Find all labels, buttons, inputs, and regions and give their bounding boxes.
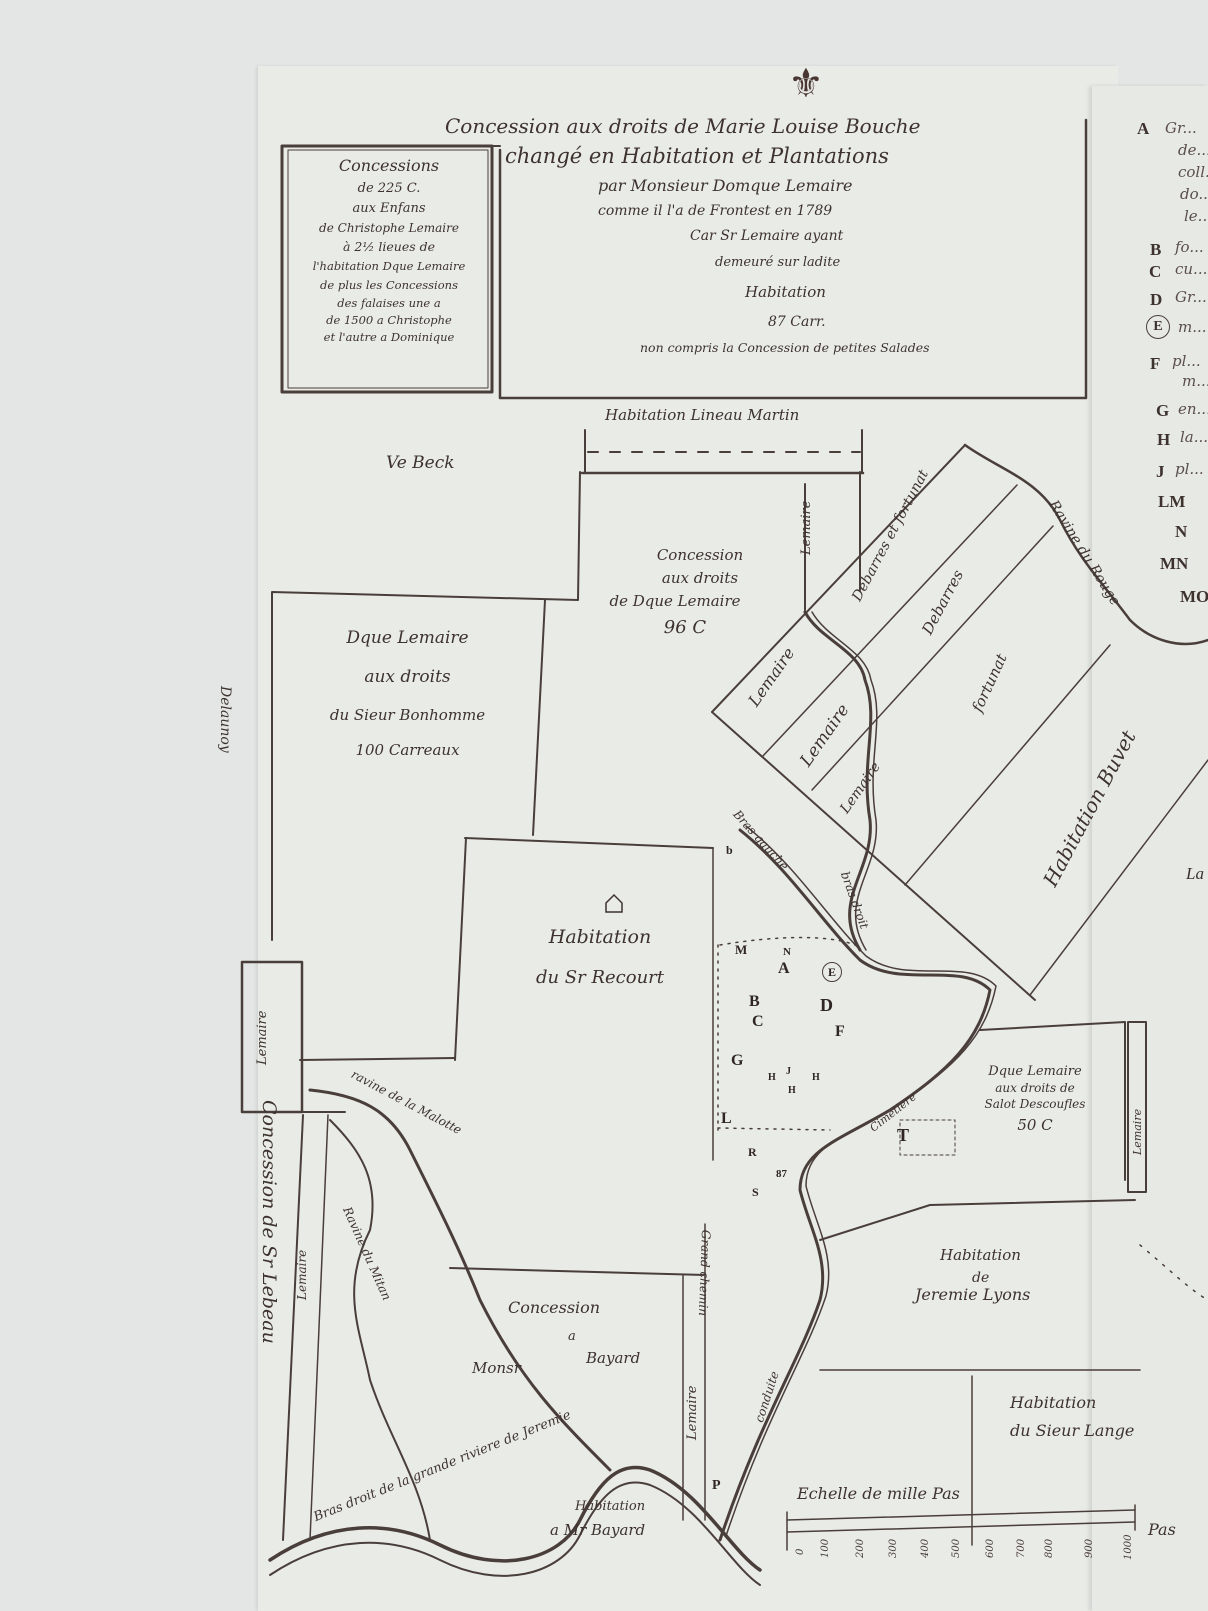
legend-key: F	[1150, 354, 1160, 374]
label-lemaire-vertical: Lemaire	[686, 1386, 699, 1440]
label-concession-droits: Concession aux droits de Dque Lemaire 96…	[600, 548, 800, 637]
bonhomme-line: aux droits	[285, 669, 530, 686]
lyons-line: de	[972, 1271, 1090, 1285]
concession-droits-area: 96 C	[570, 619, 800, 637]
legend-text: en...	[1178, 400, 1208, 418]
legend-text: coll...	[1178, 163, 1208, 181]
label-veuve-beck: Ve Beck	[386, 455, 455, 472]
legend-text: do...	[1180, 185, 1208, 203]
inset-concessions-box: Concessions de 225 C. aux Enfans de Chri…	[290, 158, 488, 343]
label-habitation-lineau-martin: Habitation Lineau Martin	[605, 408, 799, 423]
bayard-line: Concession	[508, 1300, 700, 1316]
marker-h3: H	[788, 1085, 796, 1096]
label-concession-bayard: Concession a Monsr Bayard	[460, 1300, 700, 1376]
scale-tick: 300	[888, 1539, 899, 1558]
label-grand-chemin: Grand chemin	[697, 1230, 712, 1317]
scale-tick: 900	[1084, 1539, 1095, 1558]
title-line-6: demeuré sur ladite	[715, 256, 840, 269]
label-concession-lebeau: Concession de Sr Lebeau	[259, 1100, 278, 1344]
legend-text: cu...	[1175, 260, 1207, 278]
marker-a: A	[778, 960, 790, 978]
lange-line: Habitation	[1010, 1395, 1134, 1411]
inset-line: et l'autre a Dominique	[290, 332, 488, 344]
inset-line: de 1500 a Christophe	[290, 315, 488, 327]
inset-line: de 225 C.	[290, 182, 488, 195]
inset-line: aux Enfans	[290, 202, 488, 215]
bonhomme-line: du Sieur Bonhomme	[285, 708, 530, 723]
marker-e-circled: E	[822, 962, 842, 982]
title-line-4: comme il l'a de Frontest en 1789	[598, 204, 832, 218]
scale-tick: 400	[920, 1539, 931, 1558]
title-line-1: Concession aux droits de Marie Louise Bo…	[445, 116, 921, 136]
inset-line: des falaises une a	[290, 298, 488, 310]
hab-bayard-line: Habitation	[575, 1500, 645, 1513]
scale-tick: 800	[1044, 1539, 1055, 1558]
marker-m: M	[735, 942, 747, 958]
legend-key-circled: E	[1146, 315, 1170, 339]
marker-f: F	[835, 1023, 845, 1041]
lange-line: du Sieur Lange	[1010, 1423, 1134, 1439]
legend-key: J	[1156, 462, 1165, 482]
title-line-3: par Monsieur Domque Lemaire	[598, 178, 852, 194]
marker-g: G	[731, 1052, 743, 1070]
bonhomme-line: Dque Lemaire	[285, 630, 530, 647]
bayard-line: Bayard	[586, 1351, 640, 1366]
inset-line: l'habitation Dque Lemaire	[290, 261, 488, 273]
marker-j: J	[786, 1066, 791, 1077]
bayard-line: a	[568, 1330, 700, 1343]
marker-h2: H	[812, 1072, 820, 1083]
legend-text: la...	[1180, 428, 1208, 446]
marker-p: P	[712, 1478, 721, 1494]
marker-d: D	[820, 995, 833, 1016]
recourt-line: Habitation	[500, 928, 700, 947]
hab-bayard-line: a Mr Bayard	[550, 1523, 645, 1538]
legend-key: MO	[1180, 587, 1208, 607]
lemaire-50-line: Salot Descoufles	[960, 1098, 1110, 1110]
legend-key: N	[1175, 522, 1187, 542]
title-line-7: Habitation	[745, 285, 826, 300]
legend-text: de...	[1178, 141, 1208, 159]
marker-c: C	[752, 1013, 764, 1031]
house-icon	[606, 895, 622, 912]
label-habitation-bayard: Habitation a Mr Bayard	[575, 1500, 645, 1538]
recourt-line: du Sr Recourt	[500, 969, 700, 987]
legend-key: MN	[1160, 554, 1188, 574]
scale-tick: 700	[1016, 1539, 1027, 1558]
legend-key: La	[1186, 864, 1204, 884]
bonhomme-area: 100 Carreaux	[285, 743, 530, 758]
marker-h: H	[768, 1072, 776, 1083]
label-lemaire-strip: Lemaire	[800, 501, 813, 555]
inset-line: à 2½ lieues de	[290, 241, 488, 254]
concession-droits-line: de Dque Lemaire	[550, 594, 800, 609]
marker-b: b	[726, 843, 733, 858]
label-delaunoy: Delaunoy	[218, 686, 232, 753]
marker-s: S	[752, 1185, 759, 1200]
inset-line: de Christophe Lemaire	[290, 222, 488, 234]
scale-tick: 600	[985, 1539, 996, 1558]
concession-droits-line: aux droits	[600, 571, 800, 586]
lyons-line: Habitation	[940, 1248, 1090, 1263]
legend-key: B	[1150, 240, 1161, 260]
legend-key: H	[1157, 430, 1170, 450]
legend-text: m...	[1178, 318, 1207, 336]
scale-tick: 0	[795, 1549, 806, 1555]
title-line-8-area: 87 Carr.	[768, 315, 826, 329]
title-line-5: Car Sr Lemaire ayant	[690, 229, 843, 243]
label-dque-lemaire-50: Dque Lemaire aux droits de Salot Descouf…	[960, 1065, 1110, 1133]
legend-text: Gr...	[1175, 288, 1207, 306]
scale-tick: 200	[855, 1539, 866, 1558]
fleur-de-lis-icon: ⚜	[788, 64, 824, 104]
legend-text: pl...	[1175, 460, 1204, 478]
label-dque-lemaire-bonhomme: Dque Lemaire aux droits du Sieur Bonhomm…	[285, 630, 530, 758]
label-lemaire-small-box: Lemaire	[256, 1011, 269, 1065]
inset-line: Concessions	[290, 158, 488, 174]
label-habitation-lyons: Habitation de Jeremie Lyons	[930, 1248, 1090, 1303]
label-lemaire-side: Lemaire	[1132, 1109, 1143, 1155]
legend-key: LM	[1158, 492, 1185, 512]
marker-r: R	[748, 1145, 757, 1160]
marker-87: 87	[776, 1168, 787, 1180]
legend-text: Gr...	[1165, 119, 1197, 137]
scale-bar-label: Echelle de mille Pas	[797, 1486, 960, 1502]
lemaire-50-line: aux droits de	[960, 1082, 1110, 1094]
legend-text: m...	[1182, 372, 1208, 390]
label-lemaire-left: Lemaire	[296, 1250, 308, 1300]
scale-tick: 100	[820, 1539, 831, 1558]
legend-text: le...	[1184, 207, 1208, 225]
marker-l: L	[721, 1110, 732, 1128]
lemaire-50-area: 50 C	[960, 1118, 1110, 1133]
scale-tick: 1000	[1123, 1535, 1134, 1560]
legend-key: A	[1137, 119, 1149, 139]
scale-unit: Pas	[1148, 1522, 1176, 1538]
marker-t: T	[897, 1125, 909, 1146]
lemaire-50-line: Dque Lemaire	[960, 1065, 1110, 1078]
marker-n: N	[783, 946, 791, 958]
scale-tick: 500	[951, 1539, 962, 1558]
title-line-9: non compris la Concession de petites Sal…	[640, 342, 930, 355]
legend-key: C	[1149, 262, 1161, 282]
title-line-2: changé en Habitation et Plantations	[505, 146, 889, 167]
concession-droits-line: Concession	[600, 548, 800, 563]
legend-key: D	[1150, 290, 1162, 310]
lyons-line: Jeremie Lyons	[915, 1287, 1090, 1303]
marker-b2: B	[749, 993, 760, 1011]
legend-text: pl...	[1172, 352, 1201, 370]
legend-text: fo...	[1175, 238, 1204, 256]
bayard-line: Monsr	[472, 1361, 521, 1376]
label-habitation-lange: Habitation du Sieur Lange	[1010, 1395, 1134, 1439]
inset-line: de plus les Concessions	[290, 280, 488, 292]
label-habitation-recourt: Habitation du Sr Recourt	[500, 928, 700, 987]
legend-key: G	[1156, 401, 1169, 421]
